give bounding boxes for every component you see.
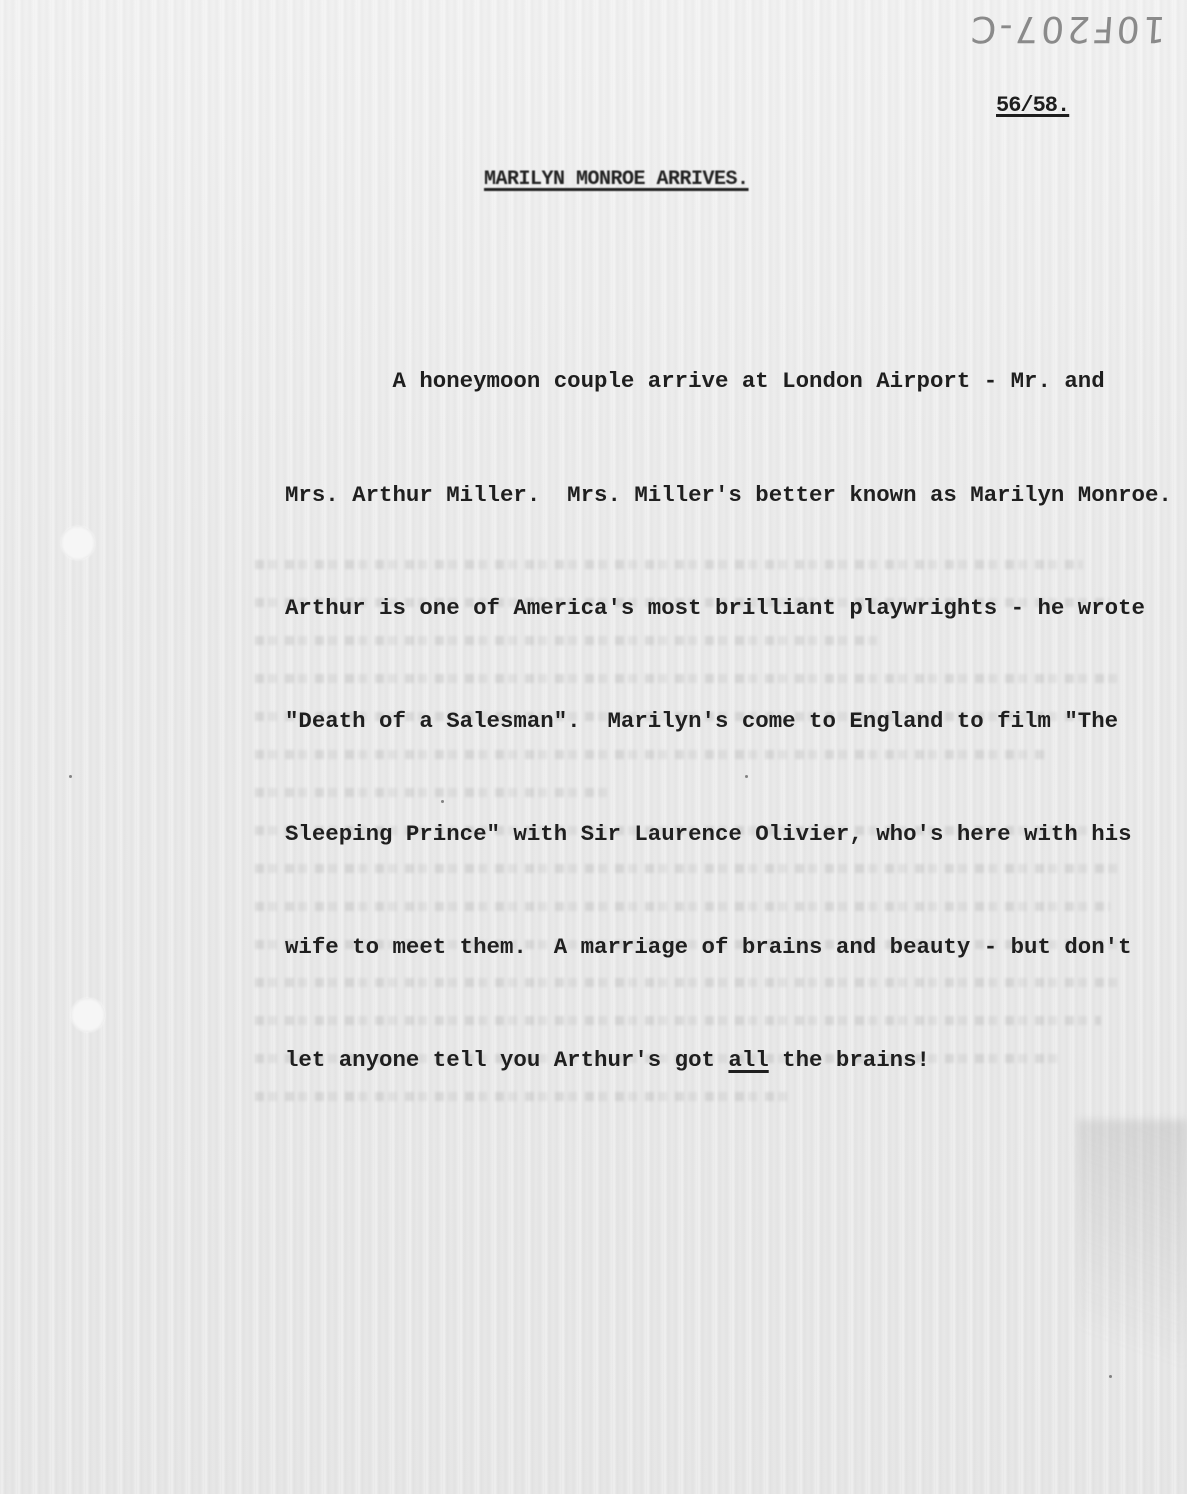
scanned-document-page: 10F207-C 56/58. MARILYN MONROE ARRIVES. … <box>0 0 1187 1494</box>
punch-hole <box>71 998 105 1032</box>
ink-speck <box>69 775 72 778</box>
body-line: Arthur is one of America's most brillian… <box>285 590 1165 628</box>
body-line: let anyone tell you Arthur's got all the… <box>285 1042 1165 1080</box>
punch-hole <box>61 526 95 560</box>
ink-speck <box>1109 1375 1112 1378</box>
indent <box>285 368 393 394</box>
body-line: "Death of a Salesman". Marilyn's come to… <box>285 703 1165 741</box>
page-title: MARILYN MONROE ARRIVES. <box>484 168 749 191</box>
body-paragraph: A honeymoon couple arrive at London Airp… <box>285 288 1165 1155</box>
body-line: A honeymoon couple arrive at London Airp… <box>285 363 1165 401</box>
body-line: wife to meet them. A marriage of brains … <box>285 929 1165 967</box>
body-line: Sleeping Prince" with Sir Laurence Olivi… <box>285 816 1165 854</box>
body-line: Mrs. Arthur Miller. Mrs. Miller's better… <box>285 477 1165 515</box>
handwritten-reference: 10F207-C <box>951 8 1184 49</box>
page-number: 56/58. <box>996 93 1069 118</box>
corner-shadow <box>1077 1120 1187 1440</box>
emphasized-word: all <box>728 1047 768 1073</box>
